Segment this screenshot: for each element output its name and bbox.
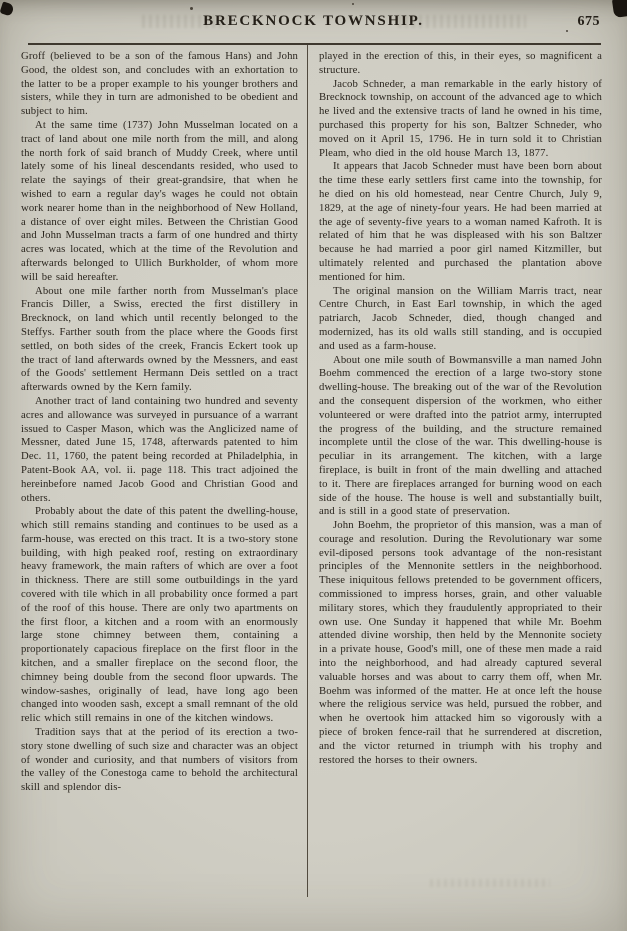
paragraph: Another tract of land containing two hun… <box>21 395 298 505</box>
paragraph: Probably about the date of this patent t… <box>21 505 298 726</box>
paragraph: At the same time (1737) John Musselman l… <box>21 119 298 285</box>
paragraph: Tradition says that at the period of its… <box>21 726 298 795</box>
book-page: BRECKNOCK TOWNSHIP. 675 Groff (believed … <box>0 0 627 931</box>
left-column: Groff (believed to be a son of the famou… <box>21 50 298 795</box>
scan-speck <box>352 3 354 5</box>
paragraph: John Boehm, the proprietor of this mansi… <box>319 519 602 767</box>
paragraph: About one mile south of Bowmansville a m… <box>319 354 602 520</box>
paragraph: Groff (believed to be a son of the famou… <box>21 50 298 119</box>
bleedthrough-artifact <box>430 879 550 887</box>
column-divider-rule <box>307 45 308 897</box>
page-number: 675 <box>578 14 601 30</box>
scan-speck <box>190 7 193 10</box>
paragraph: played in the erection of this, in their… <box>319 50 602 78</box>
paragraph: About one mile farther north from Mussel… <box>21 285 298 395</box>
header-rule <box>28 43 601 45</box>
paragraph: It appears that Jacob Schneder must have… <box>319 160 602 284</box>
scan-speck <box>566 30 568 32</box>
paragraph: Jacob Schneder, a man remarkable in the … <box>319 78 602 161</box>
page-title: BRECKNOCK TOWNSHIP. <box>0 13 627 30</box>
paragraph: The original mansion on the William Marr… <box>319 285 602 354</box>
right-column: played in the erection of this, in their… <box>319 50 602 767</box>
